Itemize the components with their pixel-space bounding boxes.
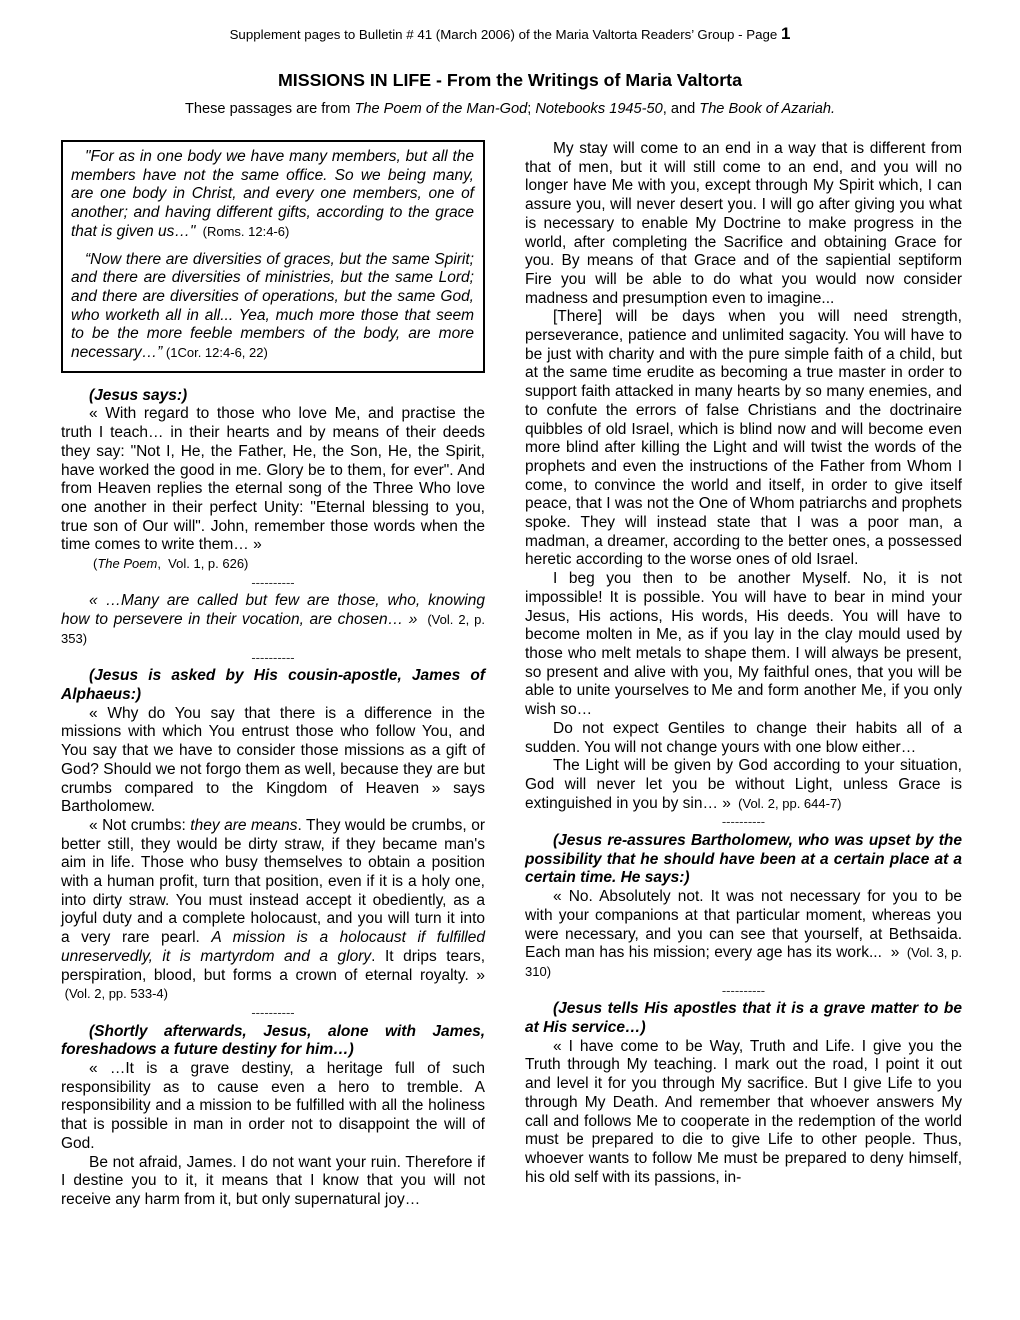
scripture-quote-box: "For as in one body we have many members… (61, 140, 485, 373)
separator: ---------- (61, 574, 485, 593)
paragraph: « No. Absolutely not. It was not necessa… (525, 888, 962, 982)
text-run: I beg you then to be another Myself. No,… (525, 570, 962, 718)
text-run: « Not crumbs: (89, 817, 190, 834)
paragraph: « With regard to those who love Me, and … (61, 405, 485, 555)
text-run: (Roms. 12:4-6) (195, 224, 289, 239)
page-subtitle: These passages are from The Poem of the … (0, 101, 1020, 117)
section-heading: (Jesus re-assures Bartholomew, who was u… (525, 832, 962, 888)
text-run: (Vol. 2, pp. 533-4) (61, 986, 168, 1001)
text-run: Do not expect Gentiles to change their h… (525, 720, 962, 756)
text-run: My stay will come to an end in a way tha… (525, 140, 962, 307)
text-run: , Vol. 1, p. 626) (157, 556, 248, 571)
text-run: (Shortly afterwards, Jesus, alone with J… (61, 1023, 485, 1059)
separator: ---------- (61, 649, 485, 668)
section-heading: (Jesus tells His apostles that it is a g… (525, 1000, 962, 1037)
text-run: (Jesus says:) (89, 387, 187, 404)
document-page: Supplement pages to Bulletin # 41 (March… (0, 0, 1020, 1320)
box-paragraph: "For as in one body we have many members… (71, 148, 474, 242)
text-run: « No. Absolutely not. It was not necessa… (525, 888, 962, 961)
section-heading: (Jesus says:) (61, 387, 485, 406)
paragraph: I beg you then to be another Myself. No,… (525, 570, 962, 720)
box-paragraph: “Now there are diversities of graces, bu… (71, 251, 474, 363)
left-column: "For as in one body we have many members… (61, 140, 485, 1210)
text-run: « Why do You say that there is a differe… (61, 705, 485, 816)
text-run: 1 (781, 24, 790, 43)
text-run: . They would be crumbs, or better still,… (61, 817, 485, 946)
paragraph: « Why do You say that there is a differe… (61, 705, 485, 817)
text-run: The Poem (97, 556, 157, 571)
paragraph: « Not crumbs: they are means. They would… (61, 817, 485, 1004)
text-run: Notebooks 1945-50 (535, 101, 662, 117)
citation-line: (The Poem, Vol. 1, p. 626) (61, 555, 485, 574)
paragraph: « I have come to be Way, Truth and Life.… (525, 1038, 962, 1188)
paragraph: « …Many are called but few are those, wh… (61, 592, 485, 648)
separator: ---------- (525, 982, 962, 1001)
paragraph: « …It is a grave destiny, a heritage ful… (61, 1060, 485, 1154)
text-run: The Book of Azariah. (699, 101, 835, 117)
text-run: they are means (190, 817, 297, 834)
text-run: These passages are from (185, 101, 355, 117)
page-header: Supplement pages to Bulletin # 41 (March… (0, 25, 1020, 43)
text-run: “Now there are diversities of graces, bu… (71, 251, 474, 362)
separator: ---------- (61, 1004, 485, 1023)
section-heading: (Shortly afterwards, Jesus, alone with J… (61, 1023, 485, 1060)
text-run: « With regard to those who love Me, and … (61, 405, 485, 553)
paragraph: My stay will come to an end in a way tha… (525, 140, 962, 308)
page-title: MISSIONS IN LIFE - From the Writings of … (0, 70, 1020, 91)
text-run: (Jesus tells His apostles that it is a g… (525, 1000, 962, 1036)
separator: ---------- (525, 813, 962, 832)
paragraph: [There] will be days when you will need … (525, 308, 962, 570)
text-run: , and (663, 101, 700, 117)
paragraph: Be not afraid, James. I do not want your… (61, 1154, 485, 1210)
text-run: « I have come to be Way, Truth and Life.… (525, 1038, 962, 1186)
paragraph: Do not expect Gentiles to change their h… (525, 720, 962, 757)
text-run: Be not afraid, James. I do not want your… (61, 1154, 485, 1208)
text-run: (Jesus is asked by His cousin-apostle, J… (61, 667, 485, 703)
paragraph: The Light will be given by God according… (525, 757, 962, 813)
text-run: (Jesus re-assures Bartholomew, who was u… (525, 832, 962, 886)
right-column: My stay will come to an end in a way tha… (525, 140, 962, 1187)
text-run: (1Cor. 12:4-6, 22) (162, 345, 268, 360)
section-heading: (Jesus is asked by His cousin-apostle, J… (61, 667, 485, 704)
text-run: (Vol. 2, pp. 644-7) (731, 796, 842, 811)
text-run: [There] will be days when you will need … (525, 308, 962, 568)
text-run: Supplement pages to Bulletin # 41 (March… (230, 27, 781, 42)
text-run: « …It is a grave destiny, a heritage ful… (61, 1060, 485, 1152)
text-run: The Poem of the Man-God (354, 101, 527, 117)
